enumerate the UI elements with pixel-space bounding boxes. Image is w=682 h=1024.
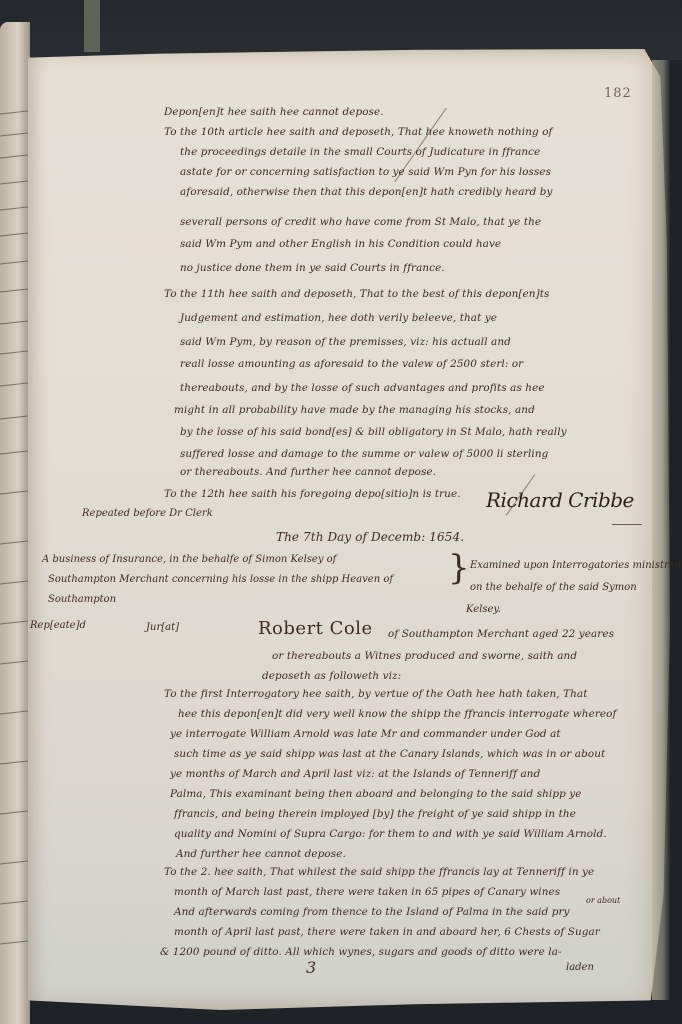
caption-line: A business of Insurance, in the behalfe … — [42, 554, 336, 565]
signature-flourish — [612, 524, 642, 525]
text-line: no justice done them in ye said Courts i… — [180, 262, 445, 274]
caption-right-line: Kelsey. — [466, 604, 501, 615]
catchword: laden — [566, 962, 594, 973]
caption-right-line: Examined upon Interrogatories ministred — [470, 560, 681, 571]
text-line: And further hee cannot depose. — [176, 848, 346, 860]
text-line: severall persons of credit who have come… — [180, 216, 541, 228]
folio-number: 182 — [604, 86, 632, 101]
text-line: ye interrogate William Arnold was late M… — [170, 728, 561, 740]
page-edge — [652, 60, 670, 1000]
brace: } — [448, 548, 470, 588]
deponent-description: of Southampton Merchant aged 22 yeares — [388, 628, 614, 640]
text-line: To the 12th hee saith his foregoing depo… — [164, 488, 461, 500]
text-line: To the 11th hee saith and deposeth, That… — [164, 288, 549, 300]
text-line: month of March last past, there were tak… — [174, 886, 560, 898]
text-line: might in all probability have made by th… — [174, 404, 535, 416]
text-line: ffrancis, and being therein imployed [by… — [174, 808, 576, 820]
text-line: suffered losse and damage to the summe o… — [180, 448, 548, 460]
text-line: or thereabouts. And further hee cannot d… — [180, 466, 436, 478]
text-line: ye months of March and April last viz: a… — [170, 768, 540, 780]
text-line: quality and Nomini of Supra Cargo: for t… — [174, 828, 607, 840]
text-line: such time as ye said shipp was last at t… — [174, 748, 605, 760]
text-line: To the 10th article hee saith and depose… — [164, 126, 553, 138]
text-line: the proceedings detaile in the small Cou… — [180, 146, 540, 158]
text-line: To the 2. hee saith, That whilest the sa… — [164, 866, 594, 878]
text-line: Judgement and estimation, hee doth veril… — [180, 312, 497, 324]
text-line: And afterwards coming from thence to the… — [174, 906, 570, 918]
deponent-name: Robert Cole — [258, 618, 373, 639]
signature: Richard Cribbe — [486, 488, 634, 512]
facing-page-edge — [0, 22, 30, 1024]
text-line: Palma, This examinant being then aboard … — [170, 788, 581, 800]
interlineation: or about — [586, 896, 620, 905]
text-line: said Wm Pym, by reason of the premisses,… — [180, 336, 511, 348]
text-line: said Wm Pym and other English in his Con… — [180, 238, 501, 250]
text-line: by the losse of his said bond[es] & bill… — [180, 426, 567, 438]
spine-tab — [84, 0, 100, 52]
text-line: thereabouts, and by the losse of such ad… — [180, 382, 545, 394]
margin-mark: Rep[eate]d — [30, 620, 86, 631]
text-line: aforesaid, otherwise then that this depo… — [180, 186, 552, 198]
jurat-mark: Jur[at] — [146, 622, 179, 633]
caption-line: Southampton — [48, 594, 116, 605]
text-line: month of April last past, there were tak… — [174, 926, 600, 938]
bottom-mark: 3 — [306, 958, 316, 977]
text-line: To the first Interrogatory hee saith, by… — [164, 688, 588, 700]
margin-note: Repeated before Dr Clerk — [82, 508, 213, 519]
text-line: Depon[en]t hee saith hee cannot depose. — [164, 106, 384, 118]
caption-line: Southampton Merchant concerning his loss… — [48, 574, 393, 585]
caption-right-line: on the behalfe of the said Symon — [470, 582, 637, 593]
text-line: astate for or concerning satisfaction to… — [180, 166, 551, 178]
text-line: hee this depon[en]t did very well know t… — [178, 708, 616, 720]
text-line: & 1200 pound of ditto. All which wynes, … — [160, 946, 562, 958]
text-line: reall losse amounting as aforesaid to th… — [180, 358, 523, 370]
session-heading: The 7th Day of Decemb: 1654. — [276, 530, 464, 544]
deponent-description: or thereabouts a Witnes produced and swo… — [272, 650, 577, 662]
deponent-description: deposeth as followeth viz: — [262, 670, 401, 682]
